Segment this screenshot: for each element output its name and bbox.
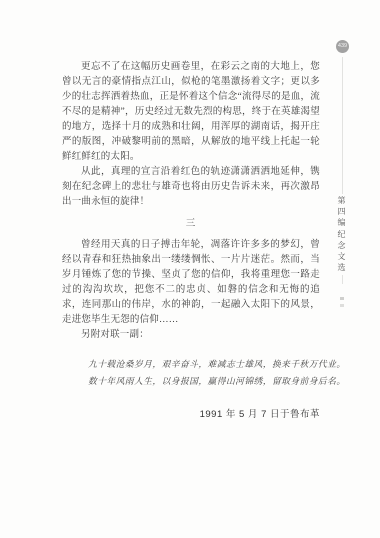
text-column: 更忘不了在这幅历史画卷里，在彩云之南的大地上，您曾以无言的豪情指点江山，似枪的笔…	[62, 60, 320, 420]
paragraph-couplet-lead: 另附对联一副：	[62, 328, 320, 343]
sidebar-rule-top	[342, 57, 343, 194]
book-page: 439 第四编 纪念文选 更忘不了在这幅历史画卷里，在彩云之南的大地上，您曾以无…	[0, 0, 380, 538]
couplet-block: 九十载沧桑岁月，艰辛奋斗，难减志士雄风，换来千秋万代业。 数十年风雨人生，以身报…	[62, 356, 320, 390]
sidebar-section-label: 纪念文选	[336, 230, 347, 274]
paragraph-youth-faith: 曾经用天真的日子搏击年轮，凋落许许多多的梦幻，曾经以青春和狂热抽象出一缕缕惆怅、…	[62, 238, 320, 328]
date-signature: 1991 年 5 月 7 日于鲁布革	[62, 406, 320, 420]
sidebar-rule-bottom	[342, 275, 343, 284]
paragraph-history-scroll: 更忘不了在这幅历史画卷里，在彩云之南的大地上，您曾以无言的豪情指点江山，似枪的笔…	[62, 60, 320, 165]
couplet-line-1: 九十载沧桑岁月，艰辛奋斗，难减志士雄风，换来千秋万代业。	[88, 356, 320, 373]
sidebar-end-mark	[340, 297, 344, 300]
paragraph-truth-declaration: 从此，真理的宣言沿着红色的轨迹潇潇洒洒地延伸，镌刻在纪念碑上的悲壮与雄奇也将由历…	[62, 165, 320, 210]
page-number-badge: 439	[336, 40, 349, 53]
section-heading-three: 三	[62, 217, 320, 232]
sidebar-part-label: 第四编	[336, 196, 347, 229]
couplet-line-2: 数十年风雨人生，以身报国，赢得山河锦绣，留取身前身后名。	[88, 373, 320, 390]
